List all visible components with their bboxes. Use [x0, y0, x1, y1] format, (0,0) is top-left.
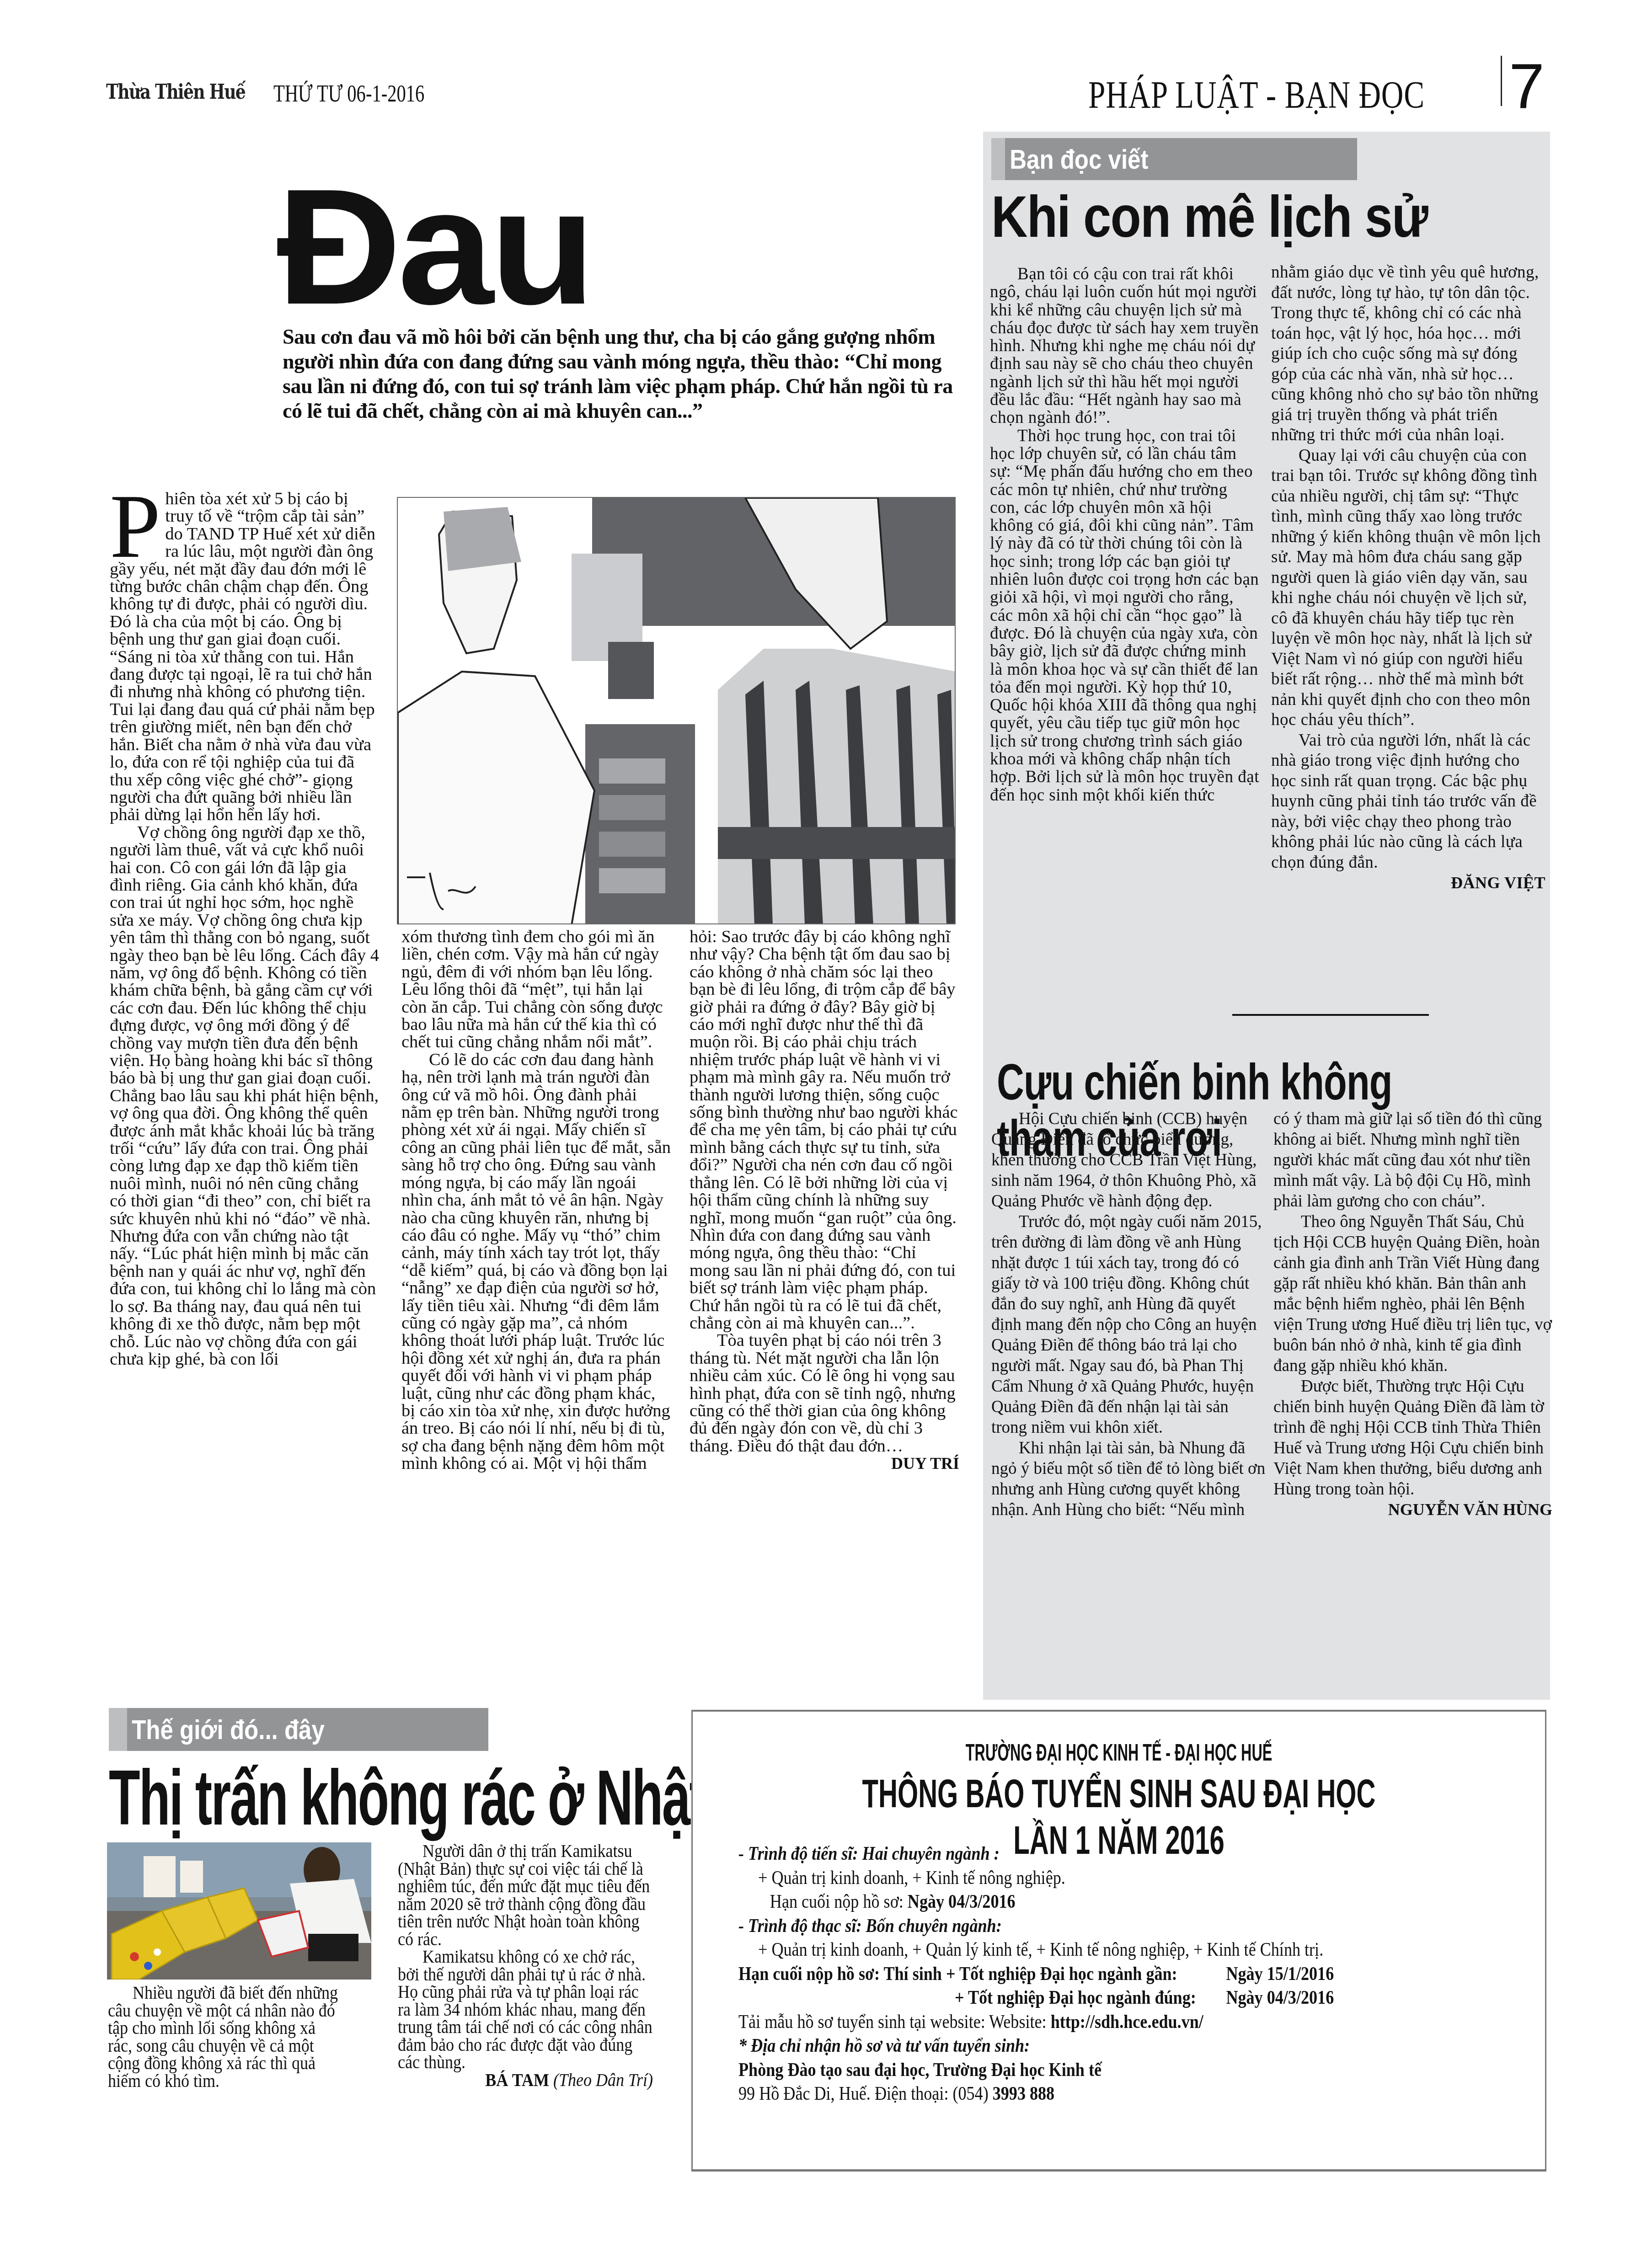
world-byline-source: (Theo Dân Trí) — [553, 2070, 653, 2090]
website-link[interactable]: http://sdh.hce.edu.vn/ — [1051, 2012, 1203, 2033]
master-deadline-2-label: + Tốt nghiệp Đại học ngành đúng: — [955, 1987, 1196, 2008]
master-majors: + Quản trị kinh doanh, + Quản lý kinh tế… — [738, 1938, 1407, 1962]
newspaper-name: Thừa Thiên Huế — [106, 80, 245, 104]
main-lead: Sau cơn đau vã mồ hôi bởi căn bệnh ung t… — [283, 325, 964, 423]
paragraph: Vai trò của người lớn, nhất là các nhà g… — [1271, 731, 1545, 873]
paragraph: Kamikatsu không có xe chở rác, bởi thế n… — [398, 1948, 653, 2071]
phd-majors: + Quản trị kinh doanh, + Kinh tế nông ng… — [738, 1866, 1407, 1890]
illustration-art-icon — [398, 498, 956, 924]
master-deadline-1: Ngày 15/1/2016 — [1226, 1962, 1334, 1986]
kicker-accent — [991, 138, 1005, 180]
world-headline: Thị trấn không rác ở Nhật — [109, 1756, 705, 1841]
phone: 3993 888 — [993, 2083, 1054, 2104]
paragraph: Trước đó, một ngày cuối năm 2015, trên đ… — [991, 1211, 1266, 1438]
kicker-accent — [109, 1708, 127, 1751]
paragraph: Hội Cựu chiến binh (CCB) huyện Quảng Điề… — [991, 1109, 1266, 1211]
section-kicker-world: Thế giới đó... đây — [109, 1708, 488, 1751]
sidebar-byline: ĐĂNG VIỆT — [1271, 873, 1545, 893]
main-article-byline: DUY TRÍ — [690, 1455, 959, 1472]
master-deadline-2: Ngày 04/3/2016 — [1226, 1986, 1334, 2010]
paragraph: nhằm giáo dục về tình yêu quê hương, đất… — [1271, 262, 1545, 446]
sidebar-headline: Khi con mê lịch sử — [991, 185, 1428, 250]
drop-cap: P — [110, 490, 160, 563]
master-deadline-row-2: + Tốt nghiệp Đại học ngành đúng:Ngày 04/… — [738, 1986, 1407, 2010]
paragraph: Bạn tôi có cậu con trai rất khôi ngô, ch… — [990, 265, 1260, 427]
article-divider — [1232, 1014, 1429, 1016]
phd-deadline-label: Hạn cuối nộp hồ sơ: — [770, 1891, 908, 1912]
paragraph: Người dân ở thị trấn Kamikatsu (Nhật Bản… — [398, 1842, 653, 1948]
ccb-column-1: Hội Cựu chiến binh (CCB) huyện Quảng Điề… — [991, 1109, 1266, 1520]
website-label: Tải mẫu hồ sơ tuyển sinh tại website: We… — [738, 2012, 1051, 2033]
main-article-column-2: xóm thương tình đem cho gói mì ăn liền, … — [401, 928, 671, 1473]
master-deadline-1-label: Hạn cuối nộp hồ sơ: Thí sinh + Tốt nghiệ… — [738, 1964, 1177, 1985]
kicker-label: Bạn đọc viết — [1005, 144, 1148, 175]
paragraph: hỏi: Sao trước đây bị cáo không nghĩ như… — [690, 928, 959, 1332]
notice-university: TRƯỜNG ĐẠI HỌC KINH TẾ - ĐẠI HỌC HUẾ — [855, 1739, 1383, 1766]
phd-deadline-row: Hạn cuối nộp hồ sơ: Ngày 04/3/2016 — [738, 1890, 1407, 1914]
address-row: 99 Hồ Đắc Di, Huế. Điện thoại: (054) 399… — [738, 2082, 1407, 2106]
courtroom-illustration — [397, 497, 956, 924]
paragraph: Khi nhận lại tài sản, bà Nhung đã ngỏ ý … — [991, 1438, 1266, 1520]
paragraph: Quay lại với câu chuyện của con trai bạn… — [1271, 446, 1545, 731]
recycling-bins-photo — [107, 1842, 371, 1980]
paragraph: Theo ông Nguyễn Thất Sáu, Chủ tịch Hội C… — [1273, 1211, 1552, 1376]
issue-date: THỨ TƯ 06-1-2016 — [273, 80, 424, 107]
ccb-column-2: có ý tham mà giữ lại số tiền đó thì cũng… — [1273, 1109, 1552, 1520]
sidebar-column-1: Bạn tôi có cậu con trai rất khôi ngô, ch… — [990, 265, 1260, 804]
office-name: Phòng Đào tạo sau đại học, Trường Đại họ… — [738, 2058, 1407, 2082]
paragraph: Tòa tuyên phạt bị cáo nói trên 3 tháng t… — [690, 1332, 959, 1455]
notice-body: - Trình độ tiến sĩ: Hai chuyên ngành : +… — [738, 1842, 1516, 2106]
address: 99 Hồ Đắc Di, Huế. Điện thoại: (054) — [738, 2083, 993, 2104]
sidebar-column-2: nhằm giáo dục về tình yêu quê hương, đất… — [1271, 262, 1545, 893]
main-article-column-1: Phiên tòa xét xử 5 bị cáo bị truy tố về … — [110, 490, 380, 1368]
section-title: PHÁP LUẬT - BẠN ĐỌC — [1088, 73, 1425, 117]
paragraph: Nhiều người đã biết đến những câu chuyện… — [108, 1984, 342, 2090]
paragraph: xóm thương tình đem cho gói mì ăn liền, … — [401, 928, 671, 1051]
kicker-label: Thế giới đó... đây — [127, 1714, 325, 1745]
masthead-divider — [1501, 56, 1502, 106]
phd-label: - Trình độ tiến sĩ: Hai chuyên ngành : — [738, 1842, 1407, 1866]
main-article-column-3: hỏi: Sao trước đây bị cáo không nghĩ như… — [690, 928, 959, 1473]
paragraph: Thời học trung học, con trai tôi học lớp… — [990, 427, 1260, 804]
address-label: * Địa chỉ nhận hồ sơ và tư vấn tuyển sin… — [738, 2034, 1407, 2058]
section-kicker-readers: Bạn đọc viết — [991, 138, 1357, 180]
page-number: 7 — [1509, 54, 1545, 118]
master-deadline-row-1: Hạn cuối nộp hồ sơ: Thí sinh + Tốt nghiệ… — [738, 1962, 1407, 1986]
paragraph: Có lẽ do các cơn đau đang hành hạ, nên t… — [401, 1051, 671, 1473]
phd-deadline: Ngày 04/3/2016 — [908, 1891, 1016, 1912]
master-label: - Trình độ thạc sĩ: Bốn chuyên ngành: — [738, 1914, 1407, 1938]
admissions-notice: TRƯỜNG ĐẠI HỌC KINH TẾ - ĐẠI HỌC HUẾ THÔ… — [691, 1710, 1546, 2172]
world-body: Người dân ở thị trấn Kamikatsu (Nhật Bản… — [398, 1842, 653, 2089]
paragraph: Được biết, Thường trực Hội Cựu chiến bin… — [1273, 1376, 1552, 1500]
paragraph: Vợ chồng ông người đạp xe thồ, người làm… — [110, 824, 380, 1368]
paragraph: có ý tham mà giữ lại số tiền đó thì cũng… — [1273, 1109, 1552, 1211]
world-byline-name: BÁ TAM — [485, 2070, 549, 2090]
photo-image-icon — [107, 1842, 371, 1980]
main-headline: Đau — [277, 165, 592, 329]
ccb-byline: NGUYỄN VĂN HÙNG — [1273, 1500, 1552, 1520]
world-intro: Nhiều người đã biết đến những câu chuyện… — [108, 1984, 342, 2090]
website-row: Tải mẫu hồ sơ tuyển sinh tại website: We… — [738, 2010, 1407, 2034]
